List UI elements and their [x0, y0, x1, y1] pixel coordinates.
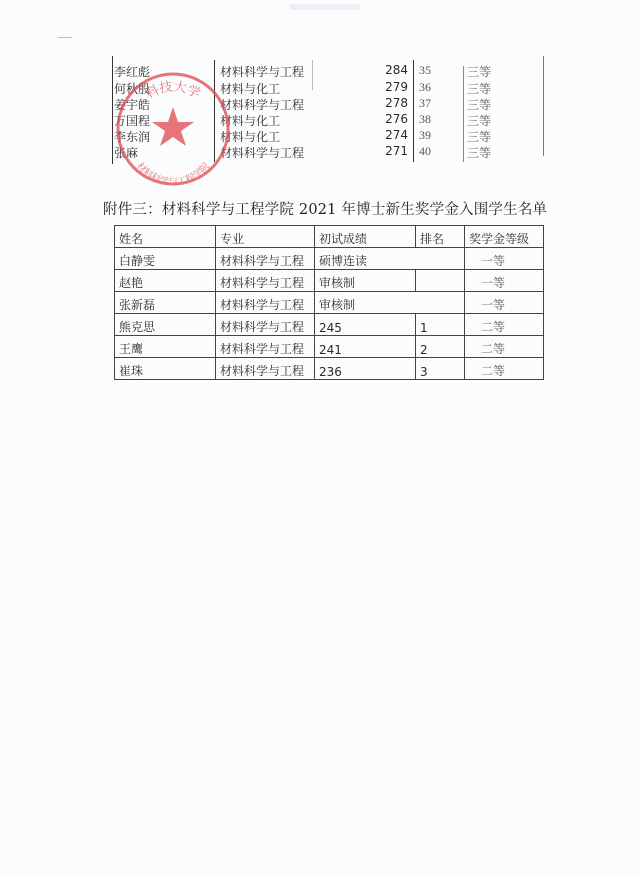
student-score: 276 [382, 112, 408, 126]
student-rank [416, 292, 465, 314]
header-major: 专业 [216, 226, 315, 248]
scholarship-level: 二等 [465, 358, 544, 380]
student-name: 万国程 [114, 112, 150, 129]
scholarship-level: 三等 [467, 144, 491, 161]
student-name: 赵艳 [115, 270, 216, 292]
student-score: 241 [315, 336, 416, 358]
table-row: 李东润 材料与化工 274 39 三等 [112, 128, 544, 144]
scholarship-level: 三等 [467, 128, 491, 145]
table-row: 张麻 材料科学与工程 271 40 三等 [112, 144, 544, 160]
student-major: 材料科学与工程 [216, 270, 315, 292]
table-row: 何秋殷 材料与化工 279 36 三等 [112, 80, 544, 96]
student-rank: 2 [416, 336, 465, 358]
student-major: 材料与化工 [220, 128, 280, 145]
scholarship-level: 三等 [467, 80, 491, 97]
student-rank: 1 [416, 314, 465, 336]
header-score: 初试成绩 [315, 226, 416, 248]
student-rank: 35 [419, 63, 431, 78]
student-name: 白静雯 [115, 248, 216, 270]
scholarship-level: 三等 [467, 63, 491, 80]
student-score: 审核制 [315, 270, 416, 292]
scholarship-level: 二等 [465, 314, 544, 336]
table-header-row: 姓名 专业 初试成绩 排名 奖学金等级 [115, 226, 544, 248]
student-major: 材料科学与工程 [216, 336, 315, 358]
student-name: 何秋殷 [114, 80, 150, 97]
header-name: 姓名 [115, 226, 216, 248]
student-major: 材料与化工 [220, 80, 280, 97]
scholarship-level: 二等 [465, 336, 544, 358]
student-major: 材料科学与工程 [216, 248, 315, 270]
scholarship-level: 三等 [467, 112, 491, 129]
attachment-title: 附件三：材料科学与工程学院 2021 年博士新生奖学金入围学生名单 [103, 198, 547, 219]
student-rank: 38 [419, 112, 431, 127]
student-major: 材料科学与工程 [220, 63, 304, 80]
student-name: 李东润 [114, 128, 150, 145]
student-name: 王鹰 [115, 336, 216, 358]
student-rank: 3 [416, 358, 465, 380]
table-row: 王鹰 材料科学与工程 241 2 二等 [115, 336, 544, 358]
student-rank: 36 [419, 80, 431, 95]
table-row: 万国程 材料与化工 276 38 三等 [112, 112, 544, 128]
student-major: 材料与化工 [220, 112, 280, 129]
student-name: 姜宇皓 [114, 96, 150, 113]
scholarship-level: 三等 [467, 96, 491, 113]
student-score: 284 [382, 63, 408, 77]
table-row: 赵艳 材料科学与工程 审核制 一等 [115, 270, 544, 292]
student-score: 279 [382, 80, 408, 94]
student-major: 材料科学与工程 [216, 358, 315, 380]
student-name: 张新磊 [115, 292, 216, 314]
student-rank: 37 [419, 96, 431, 111]
student-major: 材料科学与工程 [220, 96, 304, 113]
student-rank: 39 [419, 128, 431, 143]
student-score: 278 [382, 96, 408, 110]
student-name: 张麻 [114, 144, 138, 161]
table-row: 白静雯 材料科学与工程 硕博连读 一等 [115, 248, 544, 270]
seal-bottom-text: 材料科学与工程学院 [134, 160, 212, 188]
student-rank: 40 [419, 144, 431, 159]
student-major: 材料科学与工程 [216, 314, 315, 336]
doctoral-scholarship-table: 姓名 专业 初试成绩 排名 奖学金等级 白静雯 材料科学与工程 硕博连读 一等 … [114, 225, 544, 380]
scan-mark [58, 37, 72, 38]
student-name: 熊克思 [115, 314, 216, 336]
scan-smudge [290, 4, 360, 10]
table-row: 崔珠 材料科学与工程 236 3 二等 [115, 358, 544, 380]
scholarship-level: 一等 [465, 270, 544, 292]
student-major: 材料科学与工程 [216, 292, 315, 314]
table-row: 张新磊 材料科学与工程 审核制 一等 [115, 292, 544, 314]
header-rank: 排名 [416, 226, 465, 248]
student-rank [416, 248, 465, 270]
student-score: 245 [315, 314, 416, 336]
student-score: 硕博连读 [315, 248, 416, 270]
student-score: 236 [315, 358, 416, 380]
scholarship-level: 一等 [465, 248, 544, 270]
header-level: 奖学金等级 [465, 226, 544, 248]
student-score: 271 [382, 144, 408, 158]
table-row: 熊克思 材料科学与工程 245 1 二等 [115, 314, 544, 336]
table-row: 姜宇皓 材料科学与工程 278 37 三等 [112, 96, 544, 112]
table-row: 李红彪 材料科学与工程 284 35 三等 [112, 63, 544, 79]
scholarship-level: 一等 [465, 292, 544, 314]
student-rank [416, 270, 465, 292]
student-major: 材料科学与工程 [220, 144, 304, 161]
student-name: 崔珠 [115, 358, 216, 380]
student-score: 274 [382, 128, 408, 142]
student-name: 李红彪 [114, 63, 150, 80]
student-score: 审核制 [315, 292, 416, 314]
